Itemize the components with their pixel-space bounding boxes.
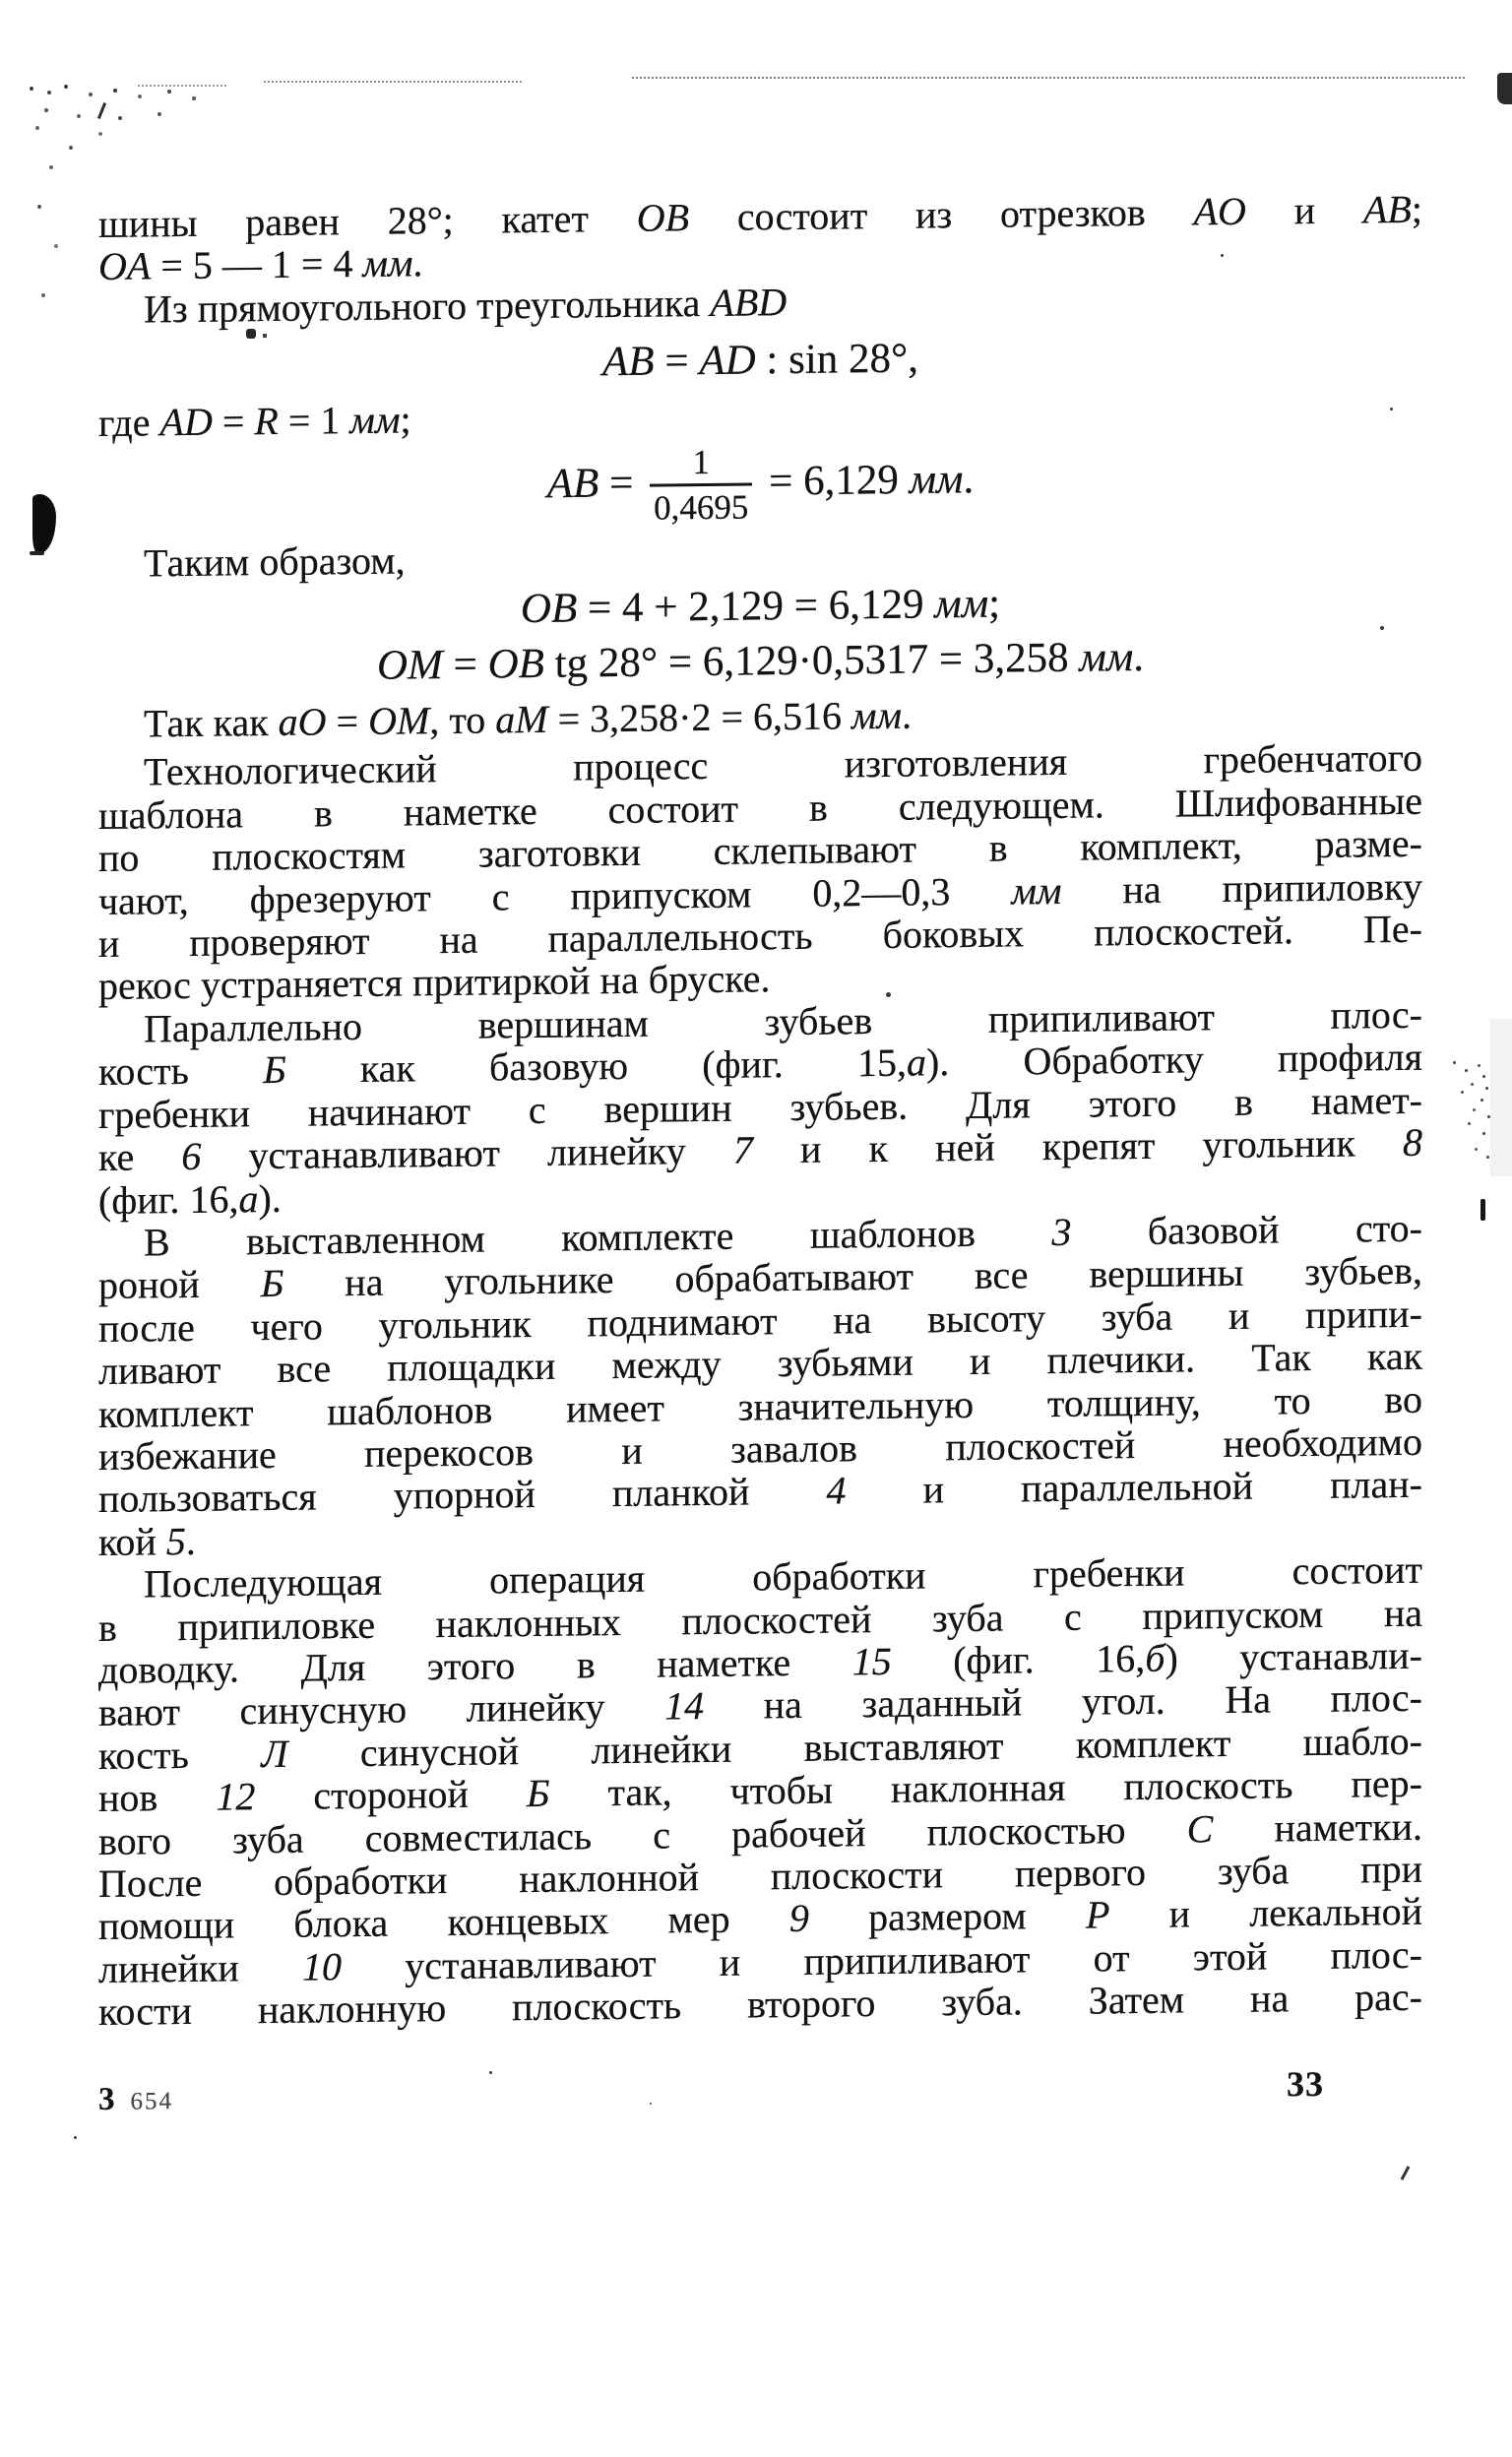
text-run: пользоваться упорной планкой: [98, 1469, 826, 1521]
text-run: 7: [733, 1128, 753, 1172]
equals-sign: =: [758, 458, 803, 505]
text-run: мм: [349, 398, 400, 443]
text-run: Так как: [144, 700, 279, 746]
signature-order-number: 654: [131, 2088, 174, 2114]
text-run: Б: [527, 1771, 550, 1815]
signature-number: 3: [98, 2081, 115, 2116]
period: .: [963, 456, 974, 502]
text-run: AB: [602, 339, 655, 386]
text-run: ). Обработку профиля: [926, 1035, 1422, 1085]
formula-ab-fraction: AB = 10,4695 = 6,129 мм.: [98, 433, 1422, 535]
text-run: OA: [98, 244, 151, 289]
text-run: мм: [362, 241, 412, 286]
text-run: : sin 28°,: [756, 336, 918, 384]
text-run: и параллельной план-: [846, 1462, 1422, 1513]
scan-dashed-line-mid: [264, 81, 522, 83]
text-run: 4: [826, 1469, 846, 1513]
formula-om: OM = OB tg 28° = 6,129·0,5317 = 3,258 мм…: [98, 631, 1422, 693]
text-run: состоит из отрезков: [689, 189, 1194, 239]
text-run: = 4 + 2,129 = 6,129: [577, 581, 934, 631]
text-run: нов: [98, 1775, 216, 1820]
page-footer: 3654 33: [98, 2061, 1422, 2117]
text-run: Таким образом,: [144, 537, 406, 585]
text-run: и к ней крепят угольник: [753, 1120, 1403, 1171]
scan-smudge-right-edge: [1490, 1019, 1512, 1176]
text-run: Б: [261, 1261, 284, 1305]
text-run: размером: [809, 1893, 1086, 1940]
text-run: и: [1246, 187, 1363, 232]
text-run: ABD: [710, 280, 787, 325]
text-run: (фиг. 16,: [892, 1636, 1146, 1683]
text-run: .: [186, 1519, 196, 1563]
scan-tick-right-edge: [1480, 1199, 1485, 1221]
text-run: aO: [279, 699, 327, 744]
text-run: 9: [789, 1896, 809, 1940]
text-run: мм: [934, 581, 988, 628]
text-run: .: [902, 693, 912, 737]
text-run: .: [1133, 634, 1144, 680]
text-run: OM: [368, 698, 429, 743]
scan-speck-6: [74, 2136, 77, 2139]
text-run: Б: [263, 1047, 286, 1092]
text-run: OB: [637, 195, 689, 240]
text-run: =: [213, 399, 255, 443]
scan-dashed-line-right: [632, 77, 1465, 79]
text-run: и лекальной: [1109, 1889, 1422, 1937]
text-run: шины равен 28°; катет: [98, 196, 637, 246]
text-run: = 1: [279, 398, 350, 443]
scan-noise-right-margin: [1453, 1061, 1456, 1064]
text-run: на припиловку: [1062, 863, 1423, 912]
fraction-denominator: 0,4695: [650, 485, 752, 530]
scan-noise-top-left: [30, 87, 33, 91]
equals-sign: =: [598, 460, 644, 507]
text-run: OB: [488, 641, 544, 688]
text-run: стороной: [255, 1771, 527, 1818]
text-run: AD: [160, 400, 213, 445]
text-run: ;: [988, 581, 1000, 627]
scan-ink-blob-left-edge: [32, 494, 56, 553]
text-run: .: [413, 241, 423, 285]
text-run: OB: [521, 586, 577, 633]
formula-value: 6,129: [803, 457, 910, 504]
text-run: 5: [166, 1519, 186, 1563]
text-run: 8: [1403, 1120, 1422, 1165]
page-number: 33: [1287, 2063, 1324, 2105]
text-run: AD: [699, 338, 755, 385]
text-run: 3: [1051, 1210, 1071, 1254]
formula-lhs: AB: [547, 460, 599, 507]
text-run: ;: [400, 398, 410, 442]
text-run: Из прямоугольного треугольника: [144, 281, 710, 332]
text-run: кой: [98, 1519, 166, 1564]
text-run: Л: [261, 1732, 287, 1776]
text-run: = 3,258·2 = 6,516: [548, 693, 851, 740]
text-line: Таким образом,: [98, 527, 1422, 585]
unit-mm: мм: [910, 456, 964, 503]
text-run: =: [327, 699, 369, 743]
text-run: базовой сто-: [1071, 1206, 1422, 1254]
text-run: мм: [851, 693, 902, 738]
text-run: линейки: [98, 1944, 302, 1990]
text-run: ) устанавли-: [1165, 1633, 1422, 1680]
text-run: 12: [216, 1774, 255, 1818]
text-run: а: [239, 1176, 259, 1221]
text-run: OM: [377, 642, 443, 689]
text-run: кость: [98, 1047, 263, 1094]
text-run: 6: [181, 1134, 201, 1178]
scan-dashed-line-left: [138, 85, 226, 87]
text-run: а: [907, 1040, 926, 1085]
text-run: ;: [1412, 187, 1422, 231]
printers-signature: 3654: [98, 2081, 173, 2118]
formula-ab-ad-sin: AB = AD : sin 28°,: [98, 330, 1422, 392]
text-run: 14: [664, 1683, 704, 1728]
text-run: кость: [98, 1732, 261, 1778]
text-run: (фиг. 16,: [98, 1176, 239, 1223]
text-run: =: [443, 642, 488, 689]
text-run: б: [1145, 1636, 1165, 1680]
text-run: = 5 — 1 = 4: [151, 241, 362, 287]
text-run: 10: [302, 1944, 342, 1988]
text-run: =: [655, 338, 700, 385]
scan-slash-top-left: [97, 102, 106, 119]
text-run: AO: [1194, 189, 1246, 234]
scan-slash-bottom-right: [1401, 2166, 1411, 2180]
text-run: Р: [1086, 1893, 1109, 1937]
text-column: шины равен 28°; катет OB состоит из отре…: [98, 188, 1422, 2118]
text-run: С: [1187, 1806, 1214, 1851]
scan-ink-blob-tail: [30, 551, 44, 555]
text-run: 15: [852, 1639, 892, 1683]
text-run: ке: [98, 1134, 181, 1179]
text-run: роной: [98, 1261, 261, 1307]
text-run: ).: [259, 1175, 282, 1220]
text-run: , то: [429, 697, 495, 742]
scanned-page: шины равен 28°; катет OB состоит из отре…: [0, 0, 1512, 2457]
text-run: tg 28° = 6,129·0,5317 = 3,258: [544, 635, 1079, 687]
text-run: AB: [1363, 187, 1412, 232]
text-run: aM: [495, 697, 547, 742]
fraction: 10,4695: [650, 441, 752, 530]
formula-ob: OB = 4 + 2,129 = 6,129 мм;: [98, 576, 1422, 638]
text-run: мм: [1011, 868, 1061, 913]
text-run: мм: [1079, 634, 1133, 681]
text-run: наметки.: [1213, 1803, 1422, 1850]
text-run: где: [98, 401, 160, 446]
text-run: устанавливают линейку: [201, 1128, 733, 1178]
scan-blob-top-right: [1497, 73, 1512, 104]
fraction-numerator: 1: [650, 441, 752, 486]
text-run: R: [254, 399, 278, 443]
